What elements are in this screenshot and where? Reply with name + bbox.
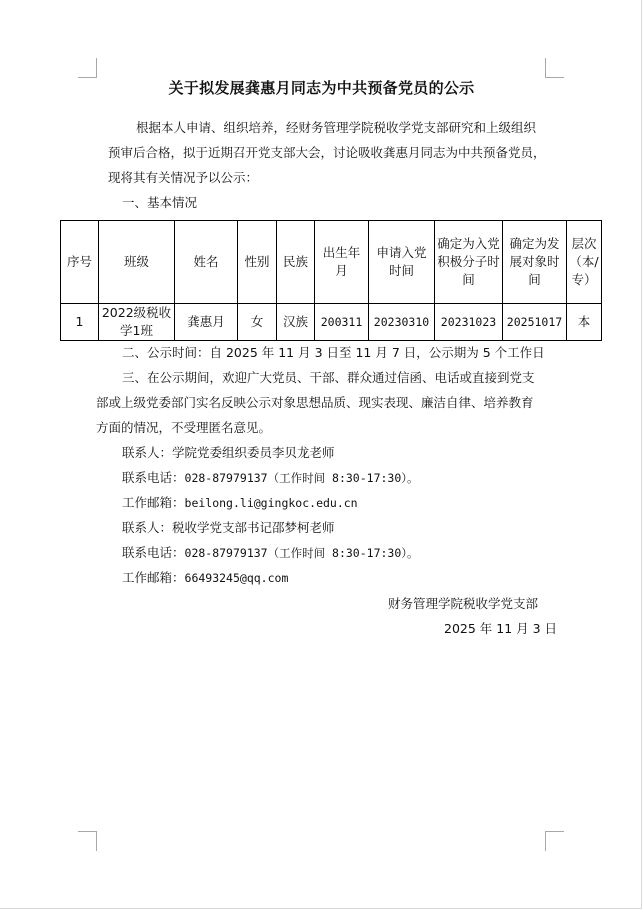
header-cell-class: 班级 (99, 221, 175, 304)
contact-email-value: beilong.li@gingkoc.edu.cn (185, 496, 358, 510)
cell-index: 1 (61, 304, 99, 341)
contact-2-phone: 联系电话：028-87979137（工作时间 8:30-17:30）。 (122, 545, 419, 561)
margin-corner-mark-top-left (78, 58, 97, 78)
contact-2-person: 联系人：税收学党支部书记邵梦柯老师 (122, 520, 335, 536)
header-cell-application-date: 申请入党时间 (369, 221, 435, 304)
contact-phone-value: 028-87979137（工作时间 8:30-17:30）。 (185, 546, 419, 560)
margin-corner-mark-bottom-left (78, 831, 97, 851)
document-title: 关于拟发展龚惠月同志为中共预备党员的公示 (0, 77, 643, 98)
contact-person-label: 联系人： (122, 445, 172, 460)
contact-phone-label: 联系电话： (122, 545, 185, 560)
section3-line-3: 方面的情况，不受理匿名意见。 (96, 420, 271, 436)
document-page: 关于拟发展龚惠月同志为中共预备党员的公示 根据本人申请、组织培养，经财务管理学院… (0, 0, 642, 909)
contact-person-value: 学院党委组织委员李贝龙老师 (172, 445, 335, 460)
contact-1-email: 工作邮箱：beilong.li@gingkoc.edu.cn (122, 495, 358, 511)
header-cell-candidate-date: 确定为发展对象时间 (503, 221, 567, 304)
cell-birth: 200311 (315, 304, 369, 341)
intro-line-1: 根据本人申请、组织培养，经财务管理学院税收学党支部研究和上级组织 (136, 120, 536, 136)
header-cell-activist-date: 确定为入党积极分子时间 (435, 221, 503, 304)
header-cell-ethnicity: 民族 (277, 221, 315, 304)
cell-gender: 女 (238, 304, 277, 341)
contact-email-label: 工作邮箱： (122, 495, 185, 510)
header-cell-gender: 性别 (238, 221, 277, 304)
contact-2-email: 工作邮箱：66493245@qq.com (122, 570, 288, 586)
header-cell-index: 序号 (61, 221, 99, 304)
contact-email-label: 工作邮箱： (122, 570, 185, 585)
section-publicity-period: 二、公示时间：自 2025 年 11 月 3 日至 11 月 7 日，公示期为 … (122, 345, 545, 361)
signature-organization: 财务管理学院税收学党支部 (388, 596, 538, 612)
margin-corner-mark-bottom-right (545, 831, 564, 851)
signature-date: 2025 年 11 月 3 日 (444, 621, 557, 637)
cell-name: 龚惠月 (175, 304, 238, 341)
basic-info-table: 序号 班级 姓名 性别 民族 出生年月 申请入党时间 确定为入党积极分子时间 确… (60, 220, 602, 341)
margin-corner-mark-top-right (545, 58, 564, 78)
section3-line-1: 三、在公示期间，欢迎广大党员、干部、群众通过信函、电话或直接到党支 (122, 370, 535, 386)
header-cell-birth: 出生年月 (315, 221, 369, 304)
contact-person-label: 联系人： (122, 520, 172, 535)
cell-candidate-date: 20251017 (503, 304, 567, 341)
header-cell-level: 层次（本/专） (567, 221, 602, 304)
cell-class: 2022级税收学1班 (99, 304, 175, 341)
contact-1-person: 联系人：学院党委组织委员李贝龙老师 (122, 445, 335, 461)
contact-phone-label: 联系电话： (122, 470, 185, 485)
section-heading-basic-info: 一、基本情况 (122, 195, 197, 211)
table-row: 1 2022级税收学1班 龚惠月 女 汉族 200311 20230310 20… (61, 304, 602, 341)
contact-phone-value: 028-87979137（工作时间 8:30-17:30）。 (185, 471, 419, 485)
cell-application-date: 20230310 (369, 304, 435, 341)
table-header-row: 序号 班级 姓名 性别 民族 出生年月 申请入党时间 确定为入党积极分子时间 确… (61, 221, 602, 304)
intro-line-3: 现将其有关情况予以公示： (108, 170, 258, 186)
header-cell-name: 姓名 (175, 221, 238, 304)
contact-email-value: 66493245@qq.com (185, 571, 289, 585)
contact-1-phone: 联系电话：028-87979137（工作时间 8:30-17:30）。 (122, 470, 419, 486)
cell-ethnicity: 汉族 (277, 304, 315, 341)
cell-activist-date: 20231023 (435, 304, 503, 341)
contact-person-value: 税收学党支部书记邵梦柯老师 (172, 520, 335, 535)
section3-line-2: 部或上级党委部门实名反映公示对象思想品质、现实表现、廉洁自律、培养教育 (96, 395, 534, 411)
cell-level: 本 (567, 304, 602, 341)
intro-line-2: 预审后合格，拟于近期召开党支部大会，讨论吸收龚惠月同志为中共预备党员， (108, 145, 546, 161)
